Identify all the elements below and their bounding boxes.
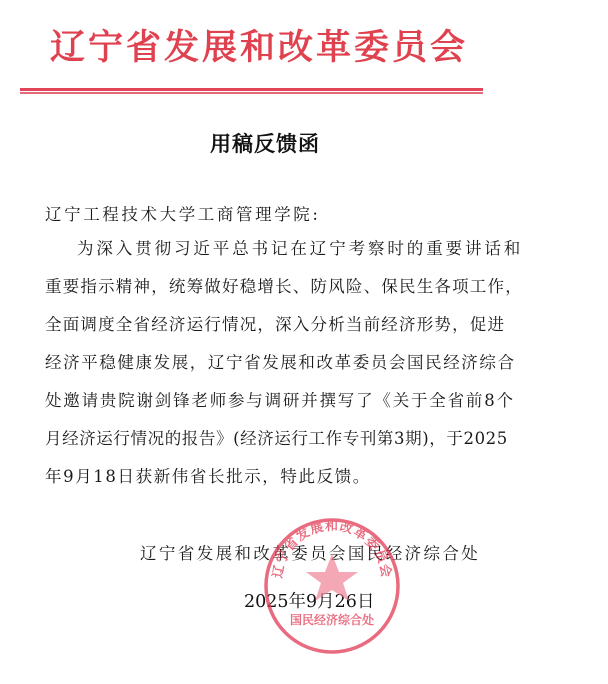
organization-letterhead: 辽宁省发展和改革委员会 [50, 24, 460, 72]
body-line-4: 经济平稳健康发展，辽宁省发展和改革委员会国民经济综合 [45, 349, 516, 373]
signature-department: 辽宁省发展和改革委员会国民经济综合处 [140, 540, 480, 564]
official-seal: 辽宁省发展和改革委员会 国民经济综合处 [262, 516, 402, 656]
body-line-2: 重要指示精神，统筹做好稳增长、防风险、保民生各项工作， [45, 273, 523, 297]
divider-line-thick [20, 88, 483, 91]
seal-graphic: 辽宁省发展和改革委员会 国民经济综合处 [262, 516, 402, 656]
body-line-6: 月经济运行情况的报告》(经济运行工作专刊第3期)，于2025 [45, 425, 508, 449]
body-line-5: 处邀请贵院谢剑锋老师参与调研并撰写了《关于全省前8个 [45, 387, 515, 411]
body-line-3: 全面调度全省经济运行情况，深入分析当前经济形势，促进 [45, 311, 505, 335]
signature-date: 2025年9月26日 [244, 588, 374, 613]
body-line-1: 为深入贯彻习近平总书记在辽宁考察时的重要讲话和 [77, 235, 523, 259]
divider-line-thin [20, 92, 483, 94]
salutation: 辽宁工程技术大学工商管理学院: [45, 201, 321, 225]
letterhead-divider [20, 88, 483, 94]
seal-inner-text: 国民经济综合处 [290, 612, 374, 627]
body-line-7: 年9月18日获新伟省长批示，特此反馈。 [45, 463, 371, 487]
document-title: 用稿反馈函 [0, 128, 530, 158]
